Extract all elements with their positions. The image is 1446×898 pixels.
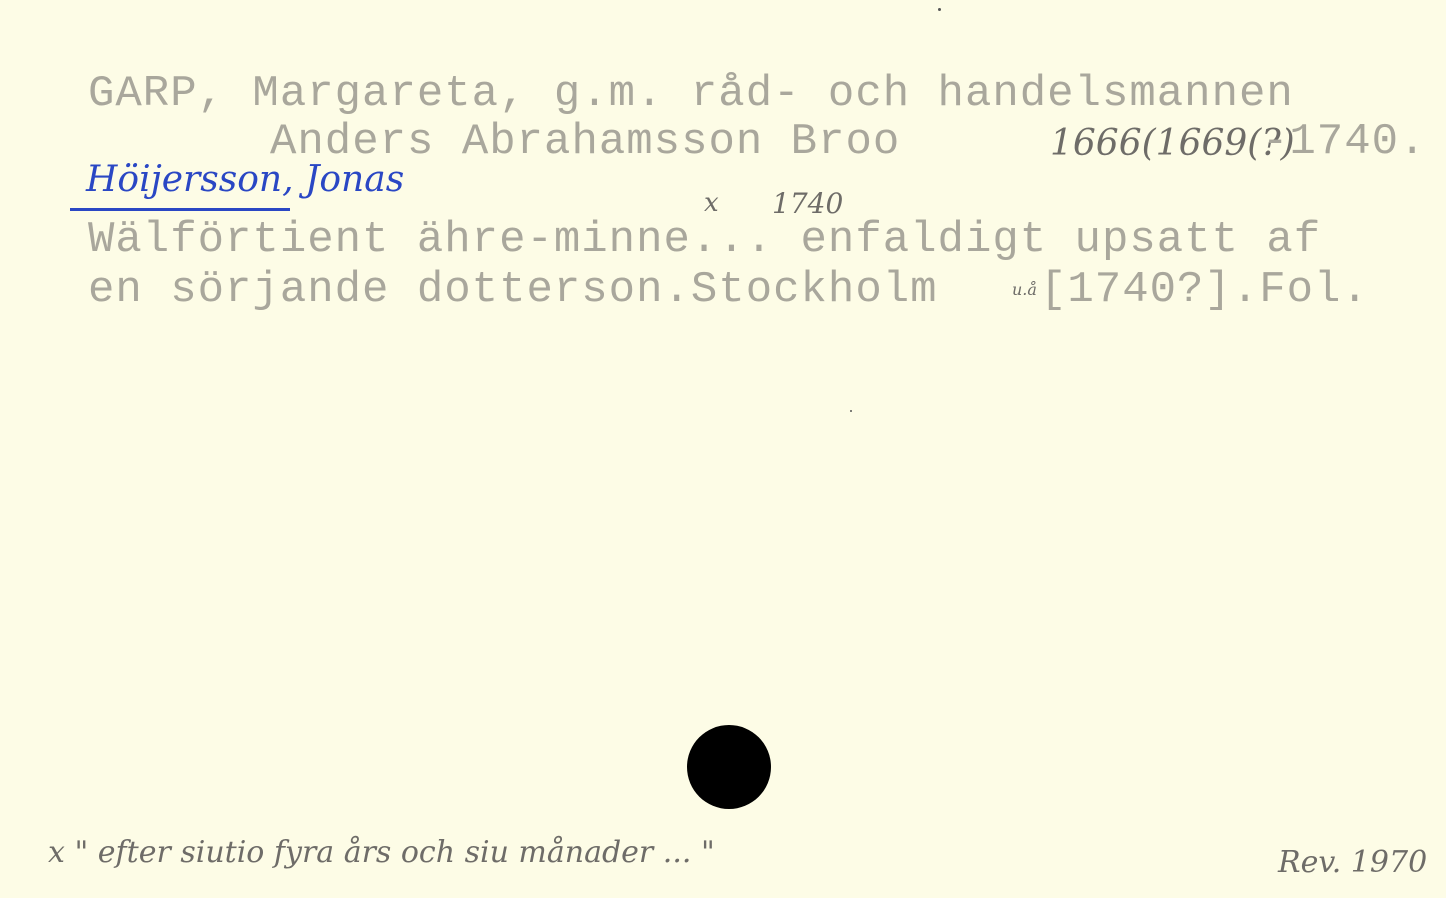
punch-hole: [687, 725, 771, 809]
revision-note: Rev. 1970: [1278, 848, 1427, 878]
title-line-2-start: en sörjande dotterson.Stockholm: [88, 268, 938, 312]
title-line-1: Wälförtient ähre-minne... enfaldigt upsa…: [88, 218, 1321, 262]
added-entry-heading: Höijersson, Jonas: [86, 162, 404, 198]
added-entry-underline: [70, 208, 290, 211]
heading-dates-typed: -1740.: [1262, 120, 1426, 164]
catalog-card: GARP, Margareta, g.m. råd- och handelsma…: [0, 0, 1446, 898]
speck-mark: [938, 8, 941, 11]
annotation-date: 1740: [772, 190, 843, 218]
heading-dates-handwritten: 1666(1669(?): [1050, 126, 1295, 162]
annotation-mark: x: [704, 190, 719, 216]
title-line-2-end: [1740?].Fol.: [1040, 268, 1369, 312]
heading-line-1: GARP, Margareta, g.m. råd- och handelsma…: [88, 72, 1294, 116]
heading-line-2-name: Anders Abrahamsson Broo: [270, 120, 900, 164]
footnote-handwritten: x " efter siutio fyra års och siu månade…: [48, 838, 715, 868]
speck-mark: [850, 410, 852, 412]
title-line-2-handwritten: u.å: [1012, 282, 1037, 298]
